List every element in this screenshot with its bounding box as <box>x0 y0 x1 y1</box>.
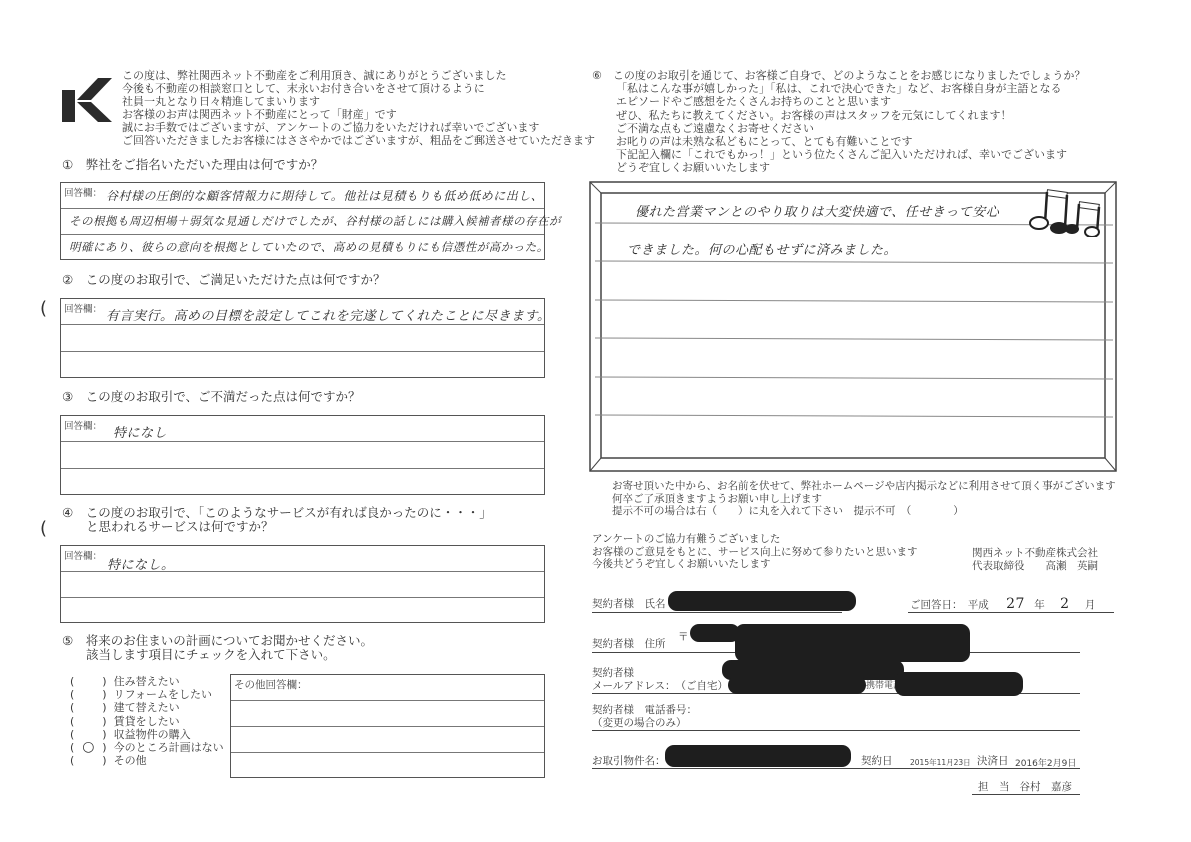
staff-in-charge: 担 当 谷村 嘉彦 <box>978 781 1072 794</box>
representative: 代表取締役 高瀬 英嗣 <box>972 560 1098 573</box>
answer-line: その根拠も周辺相場＋弱気な見通しだけでしたが、谷村様の話しには購入候補者様の存在… <box>69 213 561 229</box>
redacted-email <box>728 676 866 694</box>
settlement-date: 2016年2月9日 <box>1015 756 1076 769</box>
question-3: ③ この度のお取引で、ご不満だった点は何ですか？ <box>62 390 360 404</box>
other-answer-box[interactable]: その他回答欄： <box>230 674 545 778</box>
plan-options: () 住み替えたい () リフォームをしたい () 建て替えたい () 賃貸をし… <box>70 675 224 767</box>
other-answer-label: その他回答欄： <box>234 677 308 692</box>
answer-line: 有言実行。高めの目標を設定してこれを完遂してくれたことに尽きます。 <box>106 305 550 324</box>
answer-line: 特になし。 <box>107 554 175 573</box>
answer-label: 回答欄： <box>64 301 102 315</box>
thanks-text: アンケートのご協力有難うございました お客様のご意見をもとに、サービス向上に努め… <box>592 533 918 571</box>
postal-mark: 〒 <box>678 631 689 644</box>
company-name: 関西ネット不動産株式会社 <box>972 547 1098 560</box>
redacted-name <box>668 591 856 611</box>
answer-line: 特になし <box>113 422 167 441</box>
answer-label: 回答欄： <box>64 548 102 562</box>
company-logo <box>62 76 112 122</box>
question-6: ⑥ この度のお取引を通じて、お客様ご自身で、どのようなことをお感じになりましたで… <box>592 69 1085 175</box>
disclosure-text: お寄せ頂いた中から、お名前を伏せて、弊社ホームページや店内掲示などに利用させて頂… <box>612 480 1116 518</box>
answer-label: 回答欄： <box>64 418 102 432</box>
disclosure-optout[interactable]: 提示不可の場合は右（ ）に丸を入れて下さい 提示不可 （ ） <box>612 505 1116 518</box>
reply-year: 27 <box>992 596 1031 612</box>
redacted-address <box>690 624 740 642</box>
answer-frame-q6[interactable]: 優れた営業マンとのやり取りは大変快適で、任せきって安心 できました。何の心配もせ… <box>589 181 1117 472</box>
reply-month: 2 <box>1048 596 1081 612</box>
property-label: お取引物件名： <box>592 755 666 768</box>
plan-option[interactable]: () リフォームをしたい <box>70 688 224 701</box>
settlement-label: 決済日 <box>977 755 1009 768</box>
margin-mark: ( <box>40 518 47 539</box>
answer-box-q3[interactable]: 回答欄： 特になし <box>60 415 545 495</box>
reply-date: ご回答日： 平成 27 年 2 月 <box>910 598 1095 612</box>
redacted-property <box>665 745 851 767</box>
staff-name: 谷村 嘉彦 <box>1020 781 1073 793</box>
answer-line: 明確にあり、彼らの意向を根拠としていたので、高めの見積もりにも信憑性が高かった。 <box>69 239 549 255</box>
answer-line: 優れた営業マンとのやり取りは大変快適で、任せきって安心 <box>635 201 999 220</box>
redacted-mobile <box>895 672 1023 696</box>
contract-address-label: 契約者様 住所 <box>592 638 666 651</box>
answer-line: 谷村様の圧倒的な顧客情報力に期待して。他社は見積もりも低め低めに出し、 <box>106 187 543 204</box>
question-2: ② この度のお取引で、ご満足いただけた点は何ですか？ <box>62 273 385 287</box>
phone-label-1: 契約者様 電話番号： <box>592 704 697 717</box>
question-1: ① 弊社をご指名いただいた理由は何ですか？ <box>62 158 323 172</box>
plan-option[interactable]: () 賃貸をしたい <box>70 715 224 728</box>
plan-option[interactable]: () その他 <box>70 754 224 767</box>
email-label-1: 契約者様 <box>592 667 634 680</box>
margin-mark: ( <box>40 298 47 319</box>
contract-date: 2015年11月23日 <box>910 757 971 768</box>
phone-label-2: （変更の場合のみ） <box>592 717 687 730</box>
answer-box-q1[interactable]: 回答欄： 谷村様の圧倒的な顧客情報力に期待して。他社は見積もりも低め低めに出し、… <box>60 182 545 260</box>
answer-box-q2[interactable]: 回答欄： 有言実行。高めの目標を設定してこれを完遂してくれたことに尽きます。 <box>60 298 545 378</box>
company-signature: 関西ネット不動産株式会社 代表取締役 高瀬 英嗣 <box>972 547 1098 572</box>
question-5: ⑤ 将来のお住まいの計画についてお聞かせください。 該当します項目にチェックを入… <box>62 634 373 662</box>
redacted-address <box>735 624 970 662</box>
plan-option-selected[interactable]: (○) 今のところ計画はない <box>70 741 224 754</box>
plan-option[interactable]: () 住み替えたい <box>70 675 224 688</box>
email-label-2: メールアドレス： （ご自宅） <box>592 680 728 693</box>
k-logo-icon <box>62 76 112 122</box>
contract-date-label: 契約日 <box>861 755 893 768</box>
intro-text: この度は、弊社関西ネット不動産をご利用頂き、誠にありがとうございました 今後も不… <box>122 69 595 147</box>
plan-option[interactable]: () 建て替えたい <box>70 701 224 714</box>
music-notes-icon <box>1027 187 1111 237</box>
answer-line: できました。何の心配もせずに済みました。 <box>627 239 897 258</box>
contract-name-label: 契約者様 氏名 <box>592 598 666 611</box>
question-4: ④ この度のお取引で、「このようなサービスが有れば良かったのに・・・」 と思われ… <box>62 506 492 534</box>
answer-box-q4[interactable]: 回答欄： 特になし。 <box>60 545 545 623</box>
answer-label: 回答欄： <box>64 185 102 199</box>
